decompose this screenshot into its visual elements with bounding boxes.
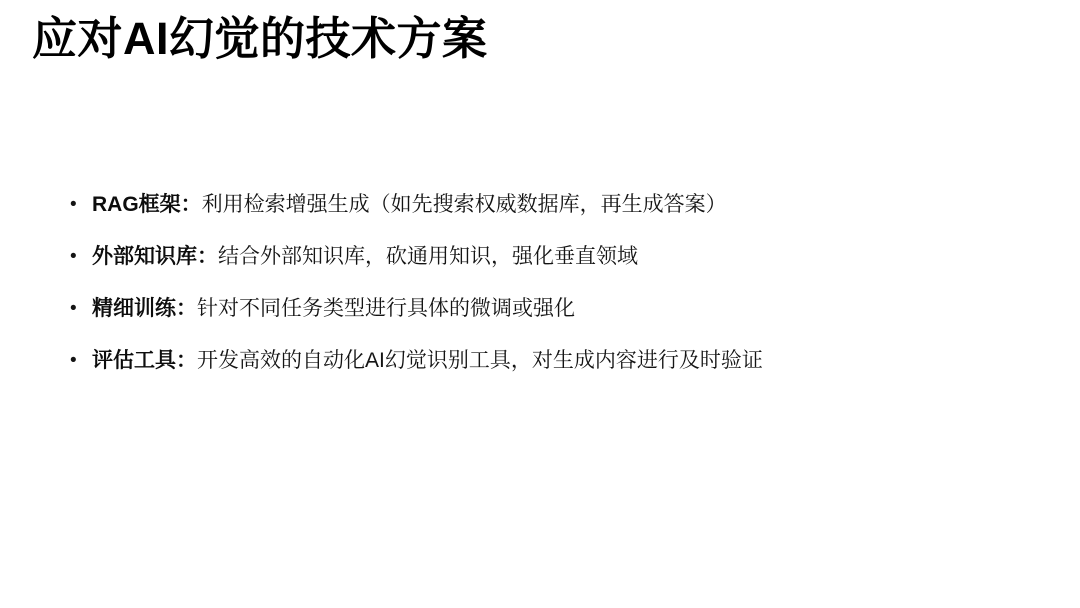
bullet-icon: • (70, 348, 92, 373)
list-item: • 评估工具：开发高效的自动化AI幻觉识别工具，对生成内容进行及时验证 (70, 348, 1048, 374)
bullet-body: 精细训练：针对不同任务类型进行具体的微调或强化 (92, 296, 575, 322)
bullet-label: 评估工具： (92, 349, 197, 372)
list-item: • 精细训练：针对不同任务类型进行具体的微调或强化 (70, 296, 1048, 322)
bullet-icon: • (70, 244, 92, 269)
bullet-text: 开发高效的自动化AI幻觉识别工具，对生成内容进行及时验证 (197, 349, 763, 372)
bullet-body: RAG框架：利用检索增强生成（如先搜索权威数据库，再生成答案） (92, 192, 727, 218)
bullet-body: 评估工具：开发高效的自动化AI幻觉识别工具，对生成内容进行及时验证 (92, 348, 763, 374)
bullet-icon: • (70, 192, 92, 217)
bullet-text: 利用检索增强生成（如先搜索权威数据库，再生成答案） (202, 193, 727, 216)
bullet-icon: • (70, 296, 92, 321)
list-item: • RAG框架：利用检索增强生成（如先搜索权威数据库，再生成答案） (70, 192, 1048, 218)
bullet-label: RAG框架： (92, 193, 202, 216)
page-title: 应对AI幻觉的技术方案 (32, 14, 1048, 64)
bullet-text: 结合外部知识库，砍通用知识，强化垂直领域 (218, 245, 638, 268)
bullet-label: 外部知识库： (92, 245, 218, 268)
bullet-list: • RAG框架：利用检索增强生成（如先搜索权威数据库，再生成答案） • 外部知识… (70, 192, 1048, 375)
list-item: • 外部知识库：结合外部知识库，砍通用知识，强化垂直领域 (70, 244, 1048, 270)
bullet-label: 精细训练： (92, 297, 197, 320)
bullet-text: 针对不同任务类型进行具体的微调或强化 (197, 297, 575, 320)
bullet-body: 外部知识库：结合外部知识库，砍通用知识，强化垂直领域 (92, 244, 638, 270)
slide: 应对AI幻觉的技术方案 • RAG框架：利用检索增强生成（如先搜索权威数据库，再… (0, 0, 1080, 608)
